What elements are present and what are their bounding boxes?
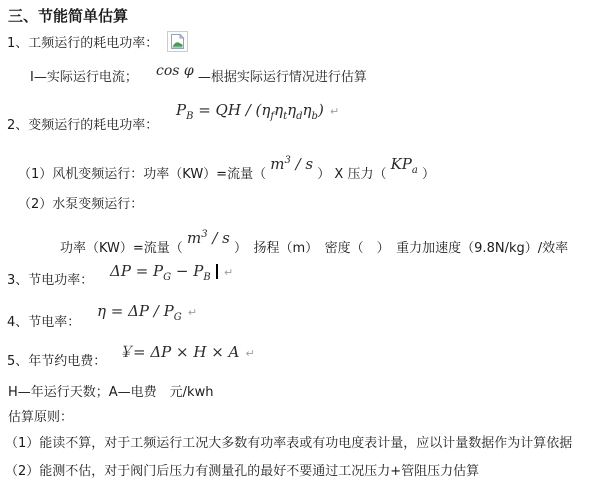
annual-saving-equation: ￥= ΔP × H × A: [118, 343, 239, 361]
current-note-suffix: —根据实际运行情况进行估算: [198, 70, 367, 85]
fan-mid: ） X 压力（: [317, 167, 386, 182]
item5-formula-line: ￥= ΔP × H × A ↵: [118, 345, 255, 361]
delta-p-equation: ΔP = PG − PB: [110, 262, 211, 280]
item3-formula-line: ΔP = PG − PB ↵: [110, 264, 233, 280]
pump-formula-prefix: 功率（KW）=流量（: [60, 241, 183, 256]
return-mark: ↵: [246, 347, 255, 360]
item4-label: 4、节电率：: [7, 315, 80, 330]
pressure-unit-formula: KPa: [391, 157, 418, 172]
item5-label: 5、年节约电费：: [7, 354, 106, 369]
current-note-prefix: I—实际运行电流；: [30, 70, 138, 85]
principle-1: （1）能读不算，对于工频运行工况大多数有功率表或有功电度表计量，应以计量数据作为…: [5, 436, 572, 451]
fan-label: （1）风机变频运行：功率（KW）=流量（: [18, 167, 266, 182]
item3-label: 3、节电功率：: [7, 273, 93, 288]
return-mark: ↵: [224, 266, 233, 279]
pb-equation: PB = QH / (ηfηtηdηb): [176, 101, 324, 119]
cos-phi-formula: cos φ: [156, 63, 194, 79]
return-mark: ↵: [188, 306, 197, 319]
document-page[interactable]: { "heading": "三、节能简单估算", "item1": { "lab…: [0, 0, 597, 485]
fan-close: ）: [422, 167, 435, 182]
pump-formula-suffix: ） 扬程（m） 密度（ ） 重力加速度（9.8N/kg）/效率: [234, 241, 568, 256]
item4-formula-line: η = ΔP / PG ↵: [97, 304, 197, 320]
ha-definition-line: H—年运行天数；A—电费 元/kwh: [8, 385, 213, 400]
flow-unit-formula: m3 / s: [187, 231, 230, 246]
eta-equation: η = ΔP / PG: [97, 302, 182, 320]
pump-formula-line: 功率（KW）=流量（ m3 / s ） 扬程（m） 密度（ ） 重力加速度（9.…: [60, 240, 568, 256]
current-note-line: I—实际运行电流； cos φ —根据实际运行情况进行估算: [30, 70, 367, 85]
return-mark: ↵: [330, 105, 339, 118]
section-heading: 三、节能简单估算: [8, 9, 128, 24]
broken-image-icon: [167, 31, 188, 56]
text-cursor: [216, 264, 218, 279]
item1-label: 1、工频运行的耗电功率：: [7, 36, 158, 51]
item2-formula-line: PB = QH / (ηfηtηdηb) ↵: [176, 103, 339, 119]
item2-label: 2、变频运行的耗电功率：: [7, 118, 158, 133]
principle-title: 估算原则：: [8, 410, 73, 425]
pump-label: （2）水泵变频运行：: [18, 197, 143, 212]
flow-unit-formula: m3 / s: [270, 157, 313, 172]
principle-2: （2）能测不估，对于阀门后压力有测量孔的最好不要通过工况压力+管阻压力估算: [5, 464, 479, 479]
fan-line: （1）风机变频运行：功率（KW）=流量（ m3 / s ） X 压力（ KPa …: [18, 166, 435, 182]
